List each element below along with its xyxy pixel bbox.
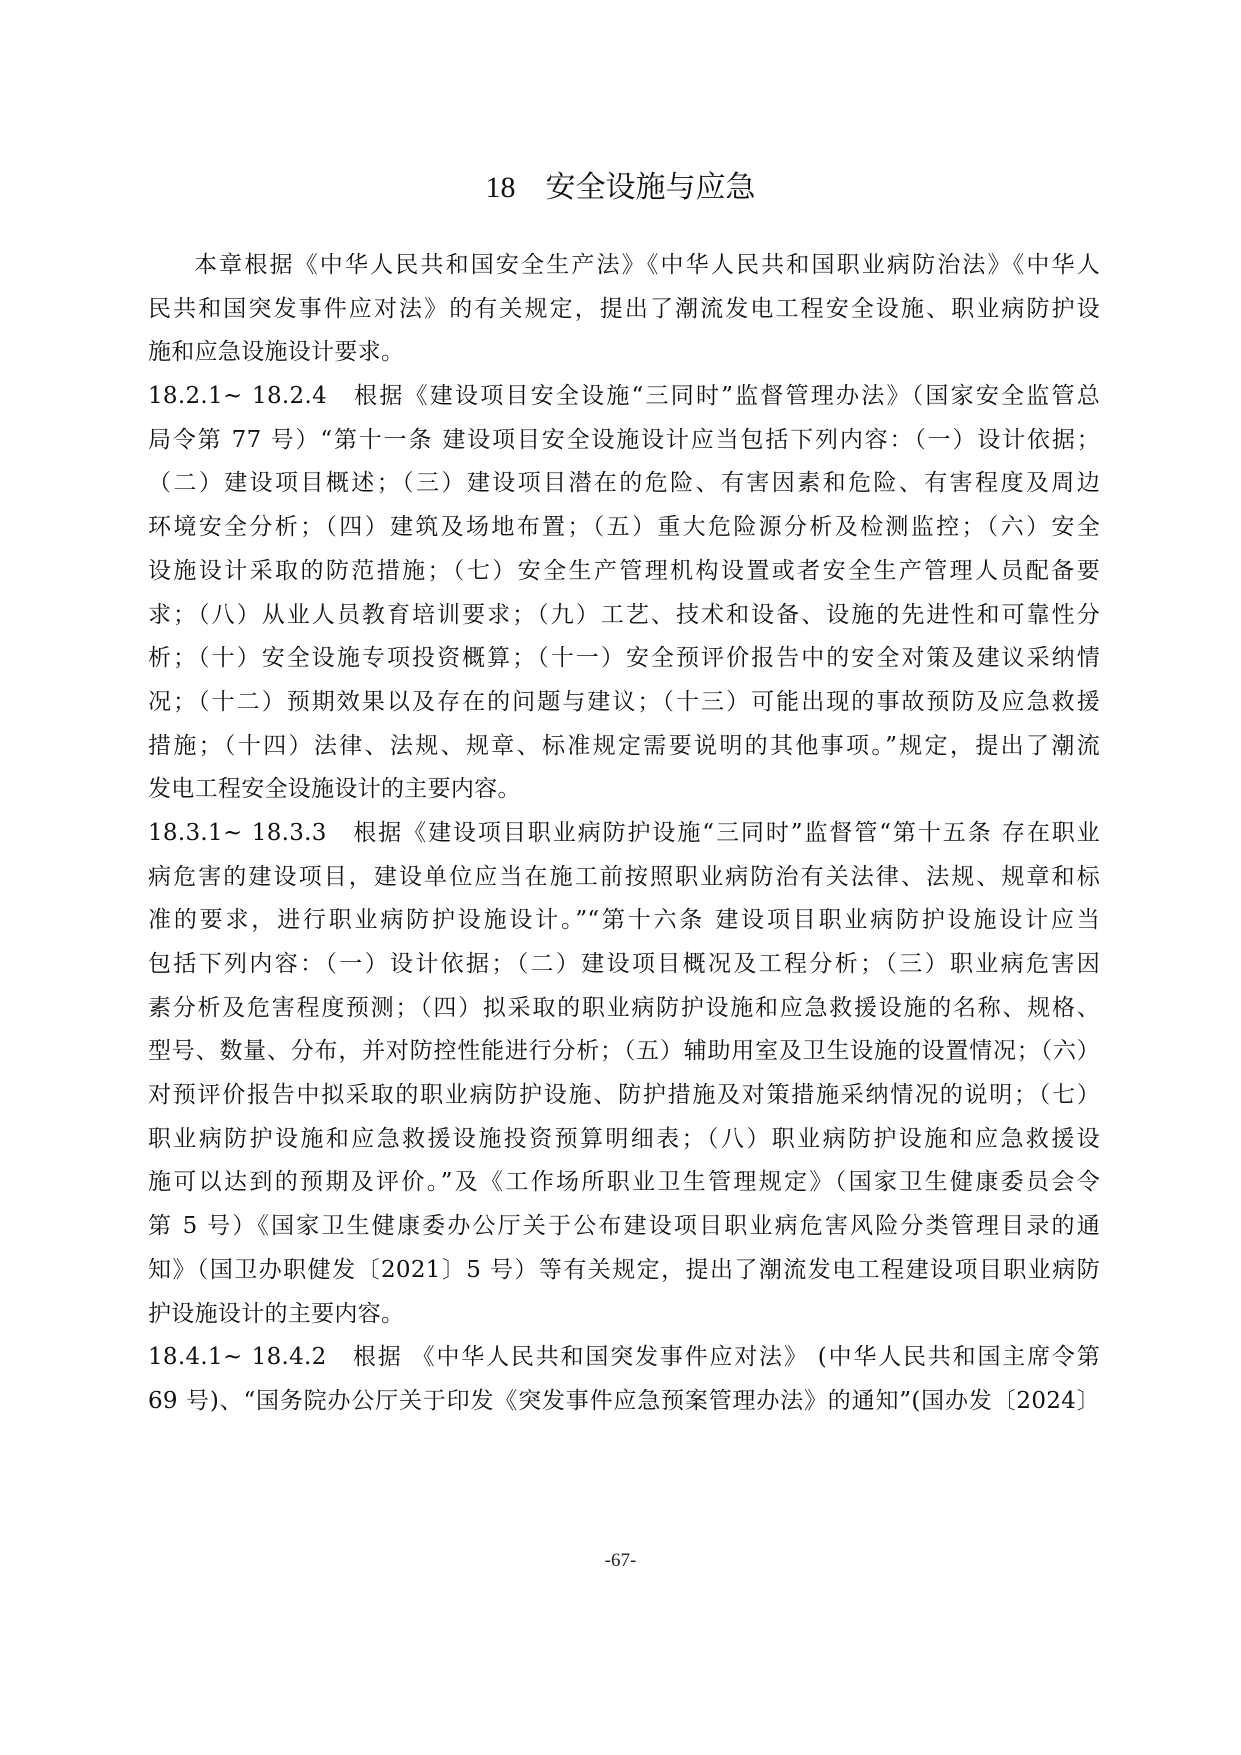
- text-line: 准的要求，进行职业病防护设施设计。”“第十六条 建设项目职业病防护设施设计应当: [148, 899, 1100, 943]
- text-line: （二）建设项目概述；（三）建设项目潜在的危险、有害因素和危险、有害程度及周边: [148, 462, 1100, 506]
- text-line: 本章根据《中华人民共和国安全生产法》《中华人民共和国职业病防治法》《中华人: [148, 244, 1100, 288]
- chapter-heading: 18安全设施与应急: [0, 166, 1241, 210]
- text-line: 施和应急设施设计要求。: [148, 331, 1100, 375]
- paragraph-clause-18-4: 18.4.1~ 18.4.2 根据 《中华人民共和国突发事件应对法》 (中华人民…: [148, 1336, 1100, 1423]
- chapter-body: 本章根据《中华人民共和国安全生产法》《中华人民共和国职业病防治法》《中华人 民共…: [148, 244, 1100, 1424]
- paragraph-clause-18-3: 18.3.1~ 18.3.3 根据《建设项目职业病防护设施“三同时”监督管“第十…: [148, 812, 1100, 1336]
- text-line: 析；（十）安全设施专项投资概算；（十一）安全预评价报告中的安全对策及建议采纳情: [148, 637, 1100, 681]
- paragraph-clause-18-2: 18.2.1~ 18.2.4 根据《建设项目安全设施“三同时”监督管理办法》（国…: [148, 375, 1100, 812]
- text-line: 18.3.1~ 18.3.3 根据《建设项目职业病防护设施“三同时”监督管“第十…: [148, 812, 1100, 856]
- text-line: 第 5 号）《国家卫生健康委办公厅关于公布建设项目职业病危害风险分类管理目录的通: [148, 1205, 1100, 1249]
- text-line: 求；（八）从业人员教育培训要求；（九）工艺、技术和设备、设施的先进性和可靠性分: [148, 594, 1100, 638]
- text-line: 设施设计采取的防范措施；（七）安全生产管理机构设置或者安全生产管理人员配备要: [148, 550, 1100, 594]
- document-page: 18安全设施与应急 本章根据《中华人民共和国安全生产法》《中华人民共和国职业病防…: [0, 0, 1241, 1755]
- text-line: 况；（十二）预期效果以及存在的问题与建议；（十三）可能出现的事故预防及应急救援: [148, 681, 1100, 725]
- chapter-number: 18: [486, 171, 516, 204]
- text-line: 素分析及危害程度预测；（四）拟采取的职业病防护设施和应急救援设施的名称、规格、: [148, 987, 1100, 1031]
- text-line: 发电工程安全设施设计的主要内容。: [148, 768, 1100, 812]
- text-line: 施可以达到的预期及评价。”及《工作场所职业卫生管理规定》（国家卫生健康委员会令: [148, 1161, 1100, 1205]
- text-line: 包括下列内容：（一）设计依据；（二）建设项目概况及工程分析；（三）职业病危害因: [148, 943, 1100, 987]
- text-line: 职业病防护设施和应急救援设施投资预算明细表；（八）职业病防护设施和应急救援设: [148, 1118, 1100, 1162]
- paragraph-intro: 本章根据《中华人民共和国安全生产法》《中华人民共和国职业病防治法》《中华人 民共…: [148, 244, 1100, 375]
- text-line: 病危害的建设项目，建设单位应当在施工前按照职业病防治有关法律、法规、规章和标: [148, 856, 1100, 900]
- text-line: 对预评价报告中拟采取的职业病防护设施、防护措施及对策措施采纳情况的说明；（七）: [148, 1074, 1100, 1118]
- page-number: -67-: [0, 1550, 1241, 1572]
- text-line: 民共和国突发事件应对法》的有关规定，提出了潮流发电工程安全设施、职业病防护设: [148, 288, 1100, 332]
- text-line: 18.2.1~ 18.2.4 根据《建设项目安全设施“三同时”监督管理办法》（国…: [148, 375, 1100, 419]
- text-line: 环境安全分析；（四）建筑及场地布置；（五）重大危险源分析及检测监控；（六）安全: [148, 506, 1100, 550]
- text-line: 措施；（十四）法律、法规、规章、标准规定需要说明的其他事项。”规定，提出了潮流: [148, 725, 1100, 769]
- text-line: 护设施设计的主要内容。: [148, 1293, 1100, 1337]
- text-line: 69 号)、“国务院办公厅关于印发《突发事件应急预案管理办法》的通知”(国办发〔…: [148, 1380, 1100, 1424]
- text-line: 知》（国卫办职健发〔2021〕5 号）等有关规定，提出了潮流发电工程建设项目职业…: [148, 1249, 1100, 1293]
- text-line: 局令第 77 号）“第十一条 建设项目安全设施设计应当包括下列内容：（一）设计依…: [148, 419, 1100, 463]
- chapter-title: 安全设施与应急: [546, 170, 756, 205]
- text-line: 型号、数量、分布，并对防控性能进行分析；（五）辅助用室及卫生设施的设置情况；（六…: [148, 1030, 1100, 1074]
- text-line: 18.4.1~ 18.4.2 根据 《中华人民共和国突发事件应对法》 (中华人民…: [148, 1336, 1100, 1380]
